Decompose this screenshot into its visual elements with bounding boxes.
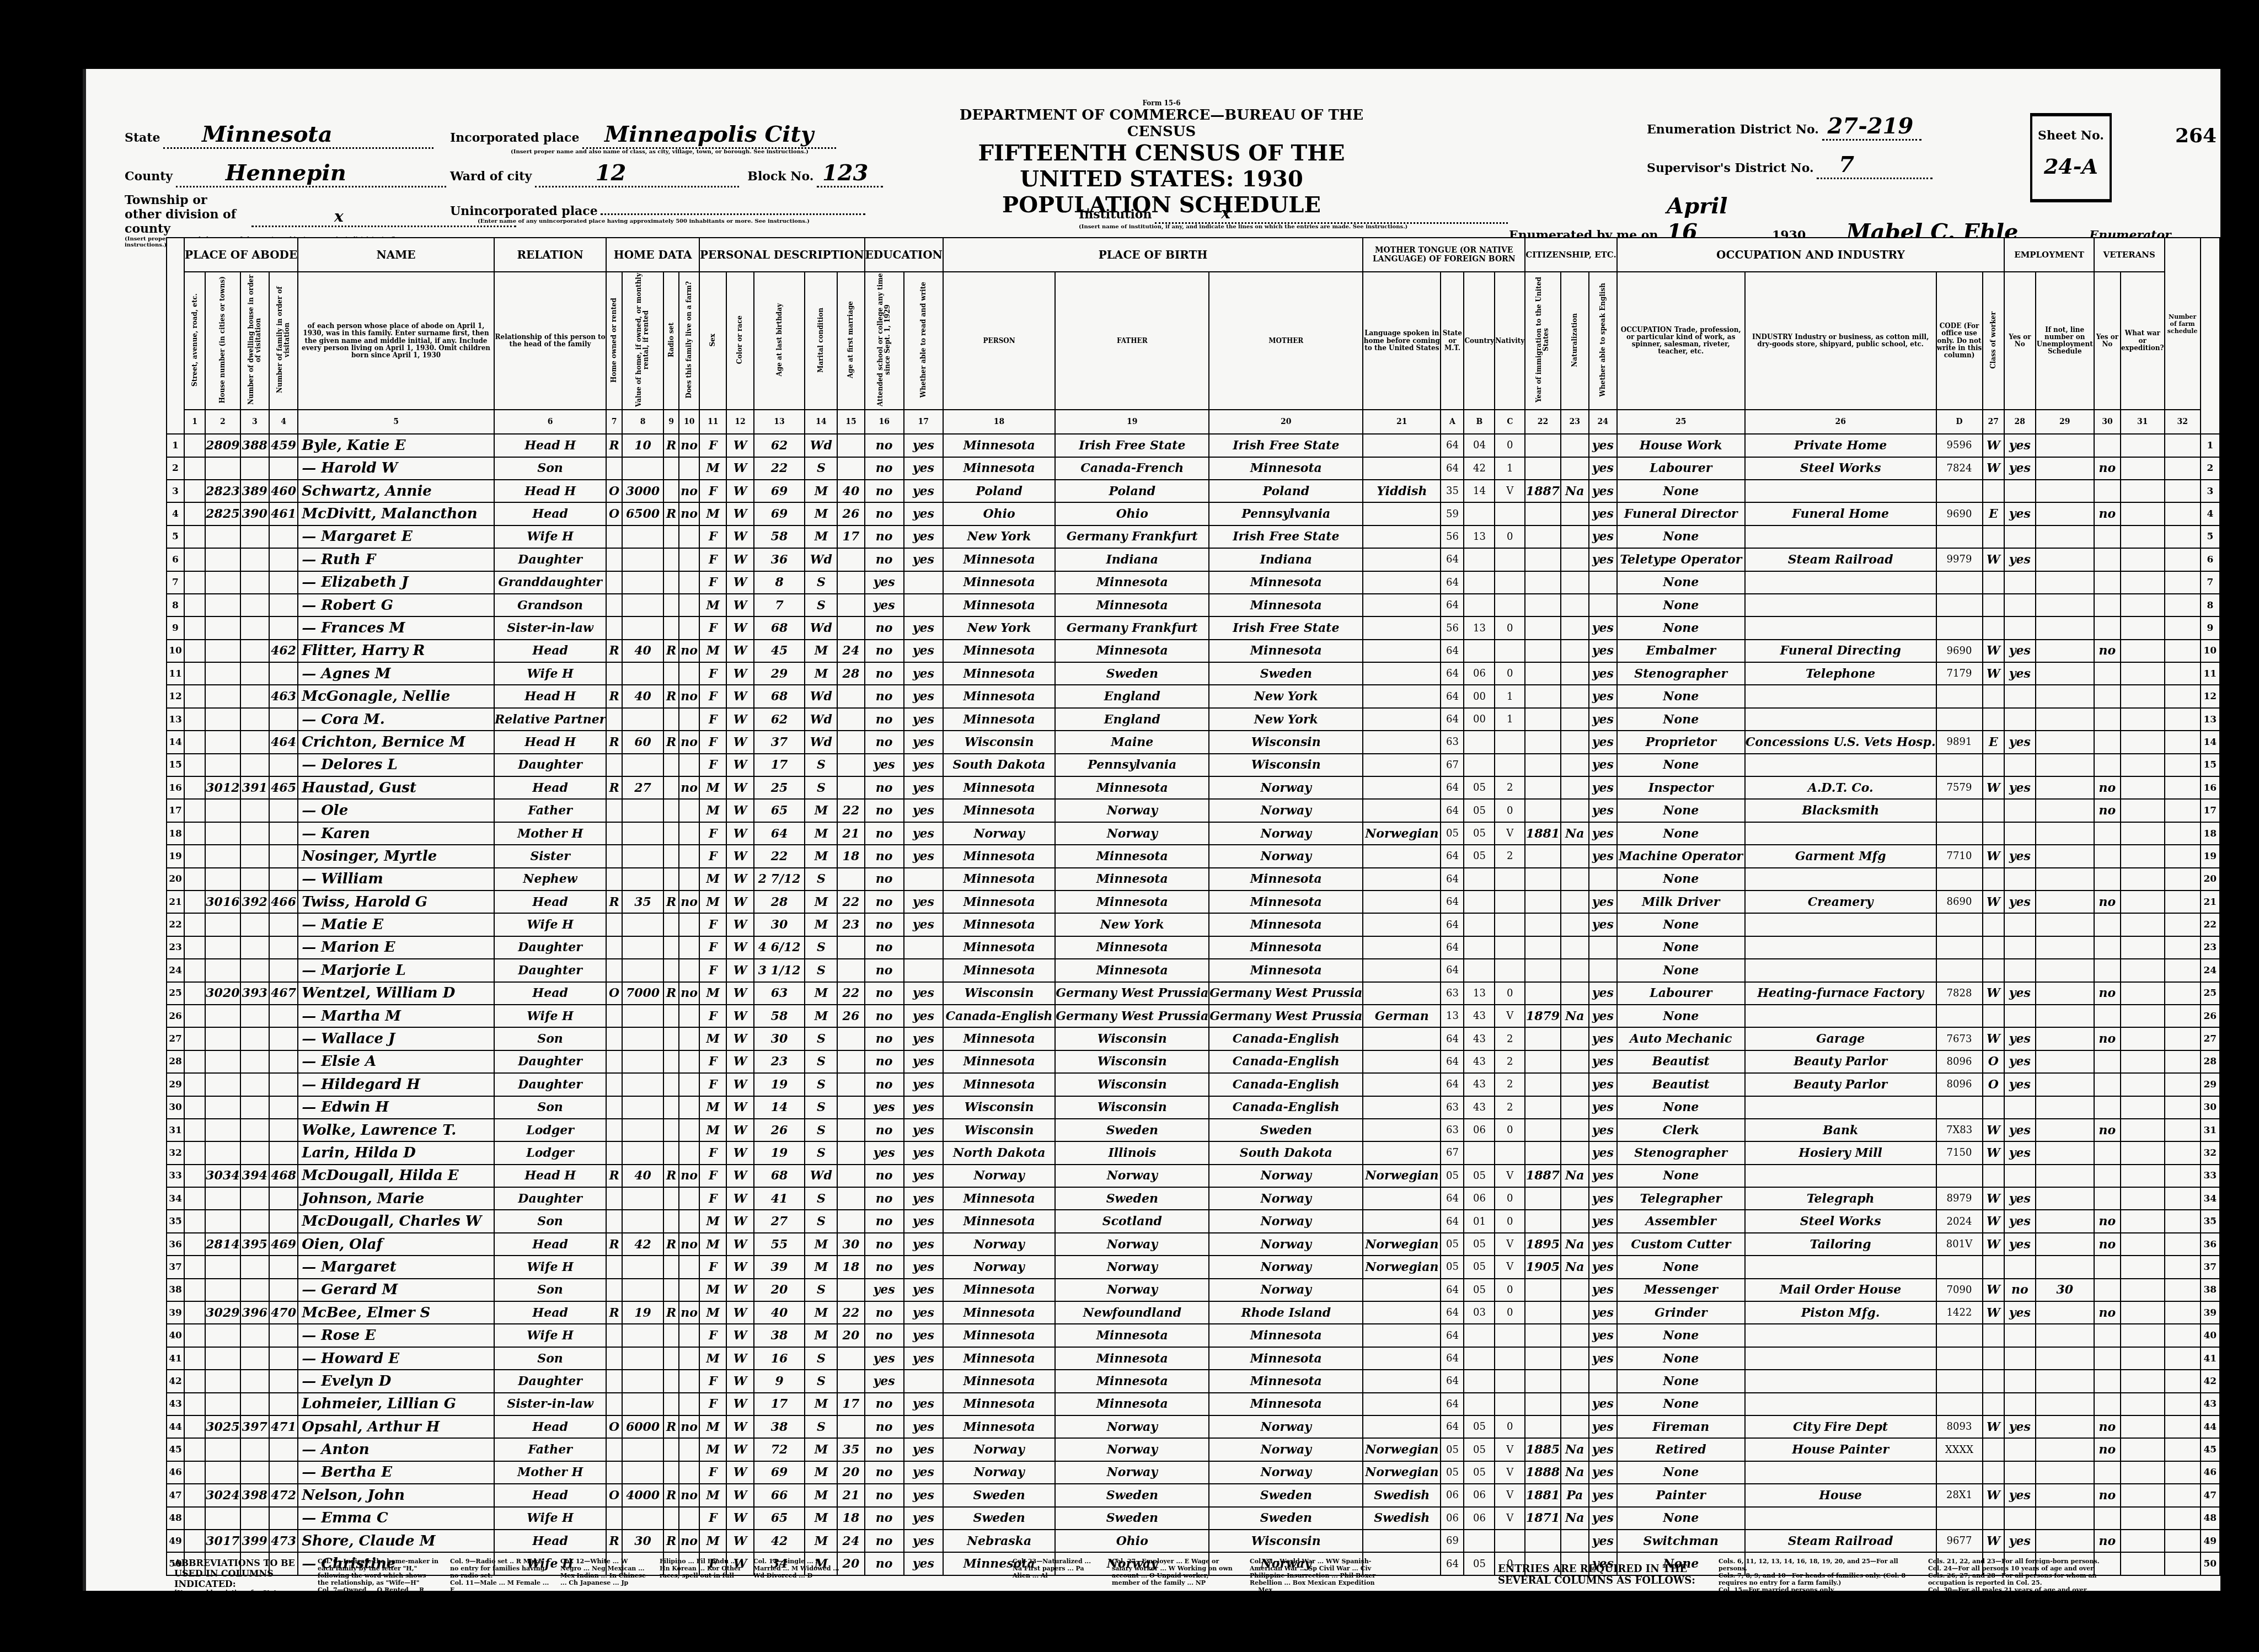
age-first-marriage — [837, 594, 864, 616]
line-number-right: 13 — [2201, 708, 2220, 731]
column-header-16: Attended school or college any time sinc… — [865, 272, 904, 410]
immigration-year — [1525, 868, 1561, 891]
house-number — [205, 1461, 240, 1484]
line-number: 16 — [167, 776, 184, 799]
street-cell — [184, 525, 205, 548]
entries-list-1: Cols. 6, 11, 12, 13, 14, 16, 18, 19, 20,… — [1719, 1558, 1917, 1601]
line-number: 10 — [167, 640, 184, 662]
table-row: 30— Edwin HSonMW14SyesyesWisconsinWiscon… — [167, 1096, 2220, 1119]
farm-schedule-cell — [2165, 1119, 2201, 1141]
home-tenure: R — [606, 640, 622, 662]
age: 69 — [754, 1461, 805, 1484]
at-work — [2004, 913, 2035, 936]
house-number — [205, 1141, 240, 1164]
age: 36 — [754, 548, 805, 571]
radio-set — [663, 1027, 679, 1050]
abbrev-col12: Col. 12—White ... W Negro ... Neg Mexica… — [560, 1558, 649, 1586]
line-number: 13 — [167, 708, 184, 731]
school-attendance: yes — [865, 571, 904, 594]
person-name: — Elizabeth J — [298, 571, 494, 594]
worker-class: W — [1983, 776, 2005, 799]
birthplace: Minnesota — [943, 1050, 1055, 1073]
family-number — [269, 1096, 298, 1119]
column-number-4: 4 — [269, 410, 298, 434]
line-number: 23 — [167, 936, 184, 959]
house-number — [205, 571, 240, 594]
at-work — [2004, 936, 2035, 959]
mother-birthplace: Minnesota — [1209, 1370, 1363, 1392]
column-header-17: Whether able to read and write — [904, 272, 943, 410]
unemployment-line — [2036, 982, 2094, 1005]
family-number — [269, 1324, 298, 1347]
at-work — [2004, 708, 2035, 731]
race: W — [726, 1210, 753, 1232]
mother-birthplace: South Dakota — [1209, 1141, 1363, 1164]
code-a: 63 — [1441, 982, 1464, 1005]
family-number: 465 — [269, 776, 298, 799]
column-header-label: Sex — [709, 334, 716, 346]
at-work: yes — [2004, 434, 2035, 457]
unemployment-line — [2036, 1141, 2094, 1164]
veteran — [2094, 1347, 2121, 1370]
father-birthplace: Norway — [1055, 1233, 1209, 1256]
table-row: 10462Flitter, Harry RHeadR40RnoMW45M24no… — [167, 640, 2220, 662]
line-number: 48 — [167, 1507, 184, 1530]
farm — [679, 1141, 699, 1164]
home-value: 6000 — [622, 1415, 663, 1438]
age: 38 — [754, 1324, 805, 1347]
home-value — [622, 1324, 663, 1347]
age-first-marriage — [837, 731, 864, 753]
unemployment-line — [2036, 1256, 2094, 1278]
farm — [679, 708, 699, 731]
immigration-year — [1525, 982, 1561, 1005]
age-first-marriage: 30 — [837, 1233, 864, 1256]
code-a: 64 — [1441, 1301, 1464, 1324]
speaks-english: yes — [1589, 1530, 1617, 1552]
industry: City Fire Dept — [1745, 1415, 1936, 1438]
farm-schedule-cell — [2165, 480, 2201, 502]
radio-set — [663, 1256, 679, 1278]
home-value — [622, 457, 663, 480]
occupation: None — [1617, 1256, 1745, 1278]
home-tenure — [606, 1027, 622, 1050]
speaks-english: yes — [1589, 1187, 1617, 1210]
code-b — [1464, 1530, 1495, 1552]
naturalization — [1561, 982, 1589, 1005]
age-first-marriage: 24 — [837, 1530, 864, 1552]
home-tenure: O — [606, 1484, 622, 1506]
family-number — [269, 936, 298, 959]
sex: M — [699, 776, 726, 799]
family-number — [269, 1461, 298, 1484]
dwelling-number — [240, 799, 269, 822]
occupation-code: 9891 — [1936, 731, 1983, 753]
county-value: Hennepin — [176, 160, 446, 187]
naturalization — [1561, 525, 1589, 548]
speaks-english: yes — [1589, 1461, 1617, 1484]
line-number: 45 — [167, 1438, 184, 1461]
farm — [679, 1438, 699, 1461]
code-c: 0 — [1495, 1279, 1525, 1301]
table-row: 213016392466Twiss, Harold GHeadR35RnoMW2… — [167, 891, 2220, 913]
mother-birthplace: Minnesota — [1209, 1347, 1363, 1370]
industry: Steel Works — [1745, 1210, 1936, 1232]
immigration-year — [1525, 754, 1561, 776]
relation: Wife H — [494, 525, 606, 548]
line-number: 42 — [167, 1370, 184, 1392]
code-c: 0 — [1495, 525, 1525, 548]
birthplace: Wisconsin — [943, 1096, 1055, 1119]
school-attendance: no — [865, 799, 904, 822]
farm — [679, 822, 699, 845]
occupation-code — [1936, 1096, 1983, 1119]
school-attendance: no — [865, 1530, 904, 1552]
line-number: 49 — [167, 1530, 184, 1552]
radio-set: R — [663, 1484, 679, 1506]
street-cell — [184, 708, 205, 731]
family-number — [269, 1027, 298, 1050]
age-first-marriage: 22 — [837, 982, 864, 1005]
code-a: 64 — [1441, 640, 1464, 662]
street-cell — [184, 1507, 205, 1530]
naturalization: Na — [1561, 1438, 1589, 1461]
code-a: 64 — [1441, 571, 1464, 594]
radio-set — [663, 822, 679, 845]
sex: M — [699, 1096, 726, 1119]
family-number: 468 — [269, 1165, 298, 1187]
home-value — [622, 913, 663, 936]
race: W — [726, 502, 753, 525]
occupation-code — [1936, 913, 1983, 936]
occupation: Stenographer — [1617, 1141, 1745, 1164]
mother-birthplace: Sweden — [1209, 1507, 1363, 1530]
table-row: 7— Elizabeth JGranddaughterFW8SyesMinnes… — [167, 571, 2220, 594]
family-number — [269, 754, 298, 776]
mother-birthplace: Irish Free State — [1209, 525, 1363, 548]
unemployment-line — [2036, 1370, 2094, 1392]
birthplace: Minnesota — [943, 640, 1055, 662]
relation-group: RELATION — [494, 238, 606, 272]
line-number-right: 28 — [2201, 1050, 2220, 1073]
at-work — [2004, 1165, 2035, 1187]
at-work — [2004, 799, 2035, 822]
line-number-right: 34 — [2201, 1187, 2220, 1210]
unemployment-line — [2036, 1347, 2094, 1370]
race: W — [726, 1141, 753, 1164]
industry — [1745, 936, 1936, 959]
farm: no — [679, 1301, 699, 1324]
abbrev-col9-text: Col. 9—Radio set .. R Make no entry for … — [450, 1558, 549, 1579]
mother-birthplace: Norway — [1209, 1233, 1363, 1256]
mother-tongue — [1363, 525, 1441, 548]
entries-1: Cols. 6, 11, 12, 13, 14, 16, 18, 19, 20,… — [1719, 1558, 1917, 1572]
street-cell — [184, 1393, 205, 1415]
marital-status: S — [805, 1096, 837, 1119]
line-number-right: 44 — [2201, 1415, 2220, 1438]
column-header-label: Class of worker — [1990, 312, 1997, 369]
farm: no — [679, 502, 699, 525]
farm-schedule-cell — [2165, 708, 2201, 731]
mother-tongue — [1363, 1141, 1441, 1164]
line-number-right: 33 — [2201, 1165, 2220, 1187]
at-work — [2004, 1256, 2035, 1278]
name-group: NAME — [298, 238, 494, 272]
family-number — [269, 822, 298, 845]
line-number-right: 41 — [2201, 1347, 2220, 1370]
age: 65 — [754, 1507, 805, 1530]
marital-status: S — [805, 594, 837, 616]
speaks-english: yes — [1589, 799, 1617, 822]
school-attendance: no — [865, 548, 904, 571]
veteran — [2094, 1073, 2121, 1096]
person-name: Johnson, Marie — [298, 1187, 494, 1210]
column-header-21: Language spoken in home before coming to… — [1363, 272, 1441, 410]
war — [2121, 1415, 2165, 1438]
street-cell — [184, 1415, 205, 1438]
farm-schedule-cell — [2165, 1210, 2201, 1232]
marital-status: Wd — [805, 1165, 837, 1187]
table-row: 40— Rose EWife HFW38M20noyesMinnesotaMin… — [167, 1324, 2220, 1347]
naturalization — [1561, 1530, 1589, 1552]
dwelling-number — [240, 1507, 269, 1530]
farm-schedule-cell — [2165, 1507, 2201, 1530]
mother-birthplace: Minnesota — [1209, 1324, 1363, 1347]
immigration-year — [1525, 891, 1561, 913]
home-tenure — [606, 548, 622, 571]
line-number-right: 22 — [2201, 913, 2220, 936]
war — [2121, 731, 2165, 753]
speaks-english — [1589, 959, 1617, 981]
mother-birthplace: Canada-English — [1209, 1050, 1363, 1073]
birthplace: Minnesota — [943, 891, 1055, 913]
line-number: 7 — [167, 571, 184, 594]
code-c — [1495, 640, 1525, 662]
war — [2121, 525, 2165, 548]
naturalization — [1561, 936, 1589, 959]
immigration-year — [1525, 502, 1561, 525]
relation: Wife H — [494, 662, 606, 685]
naturalization: Na — [1561, 1461, 1589, 1484]
father-birthplace: Norway — [1055, 822, 1209, 845]
age-first-marriage: 24 — [837, 640, 864, 662]
line-number-right: 24 — [2201, 959, 2220, 981]
race: W — [726, 1050, 753, 1073]
street-cell — [184, 868, 205, 891]
home-value: 60 — [622, 731, 663, 753]
at-work — [2004, 1461, 2035, 1484]
relation: Sister-in-law — [494, 616, 606, 639]
code-b — [1464, 868, 1495, 891]
dwelling-number — [240, 640, 269, 662]
father-birthplace: Norway — [1055, 1438, 1209, 1461]
column-number-D: D — [1936, 410, 1983, 434]
age: 39 — [754, 1256, 805, 1278]
code-b: 43 — [1464, 1050, 1495, 1073]
age: 20 — [754, 1279, 805, 1301]
naturalization — [1561, 731, 1589, 753]
dwelling-number — [240, 1438, 269, 1461]
table-row: 29— Hildegard HDaughterFW19SnoyesMinneso… — [167, 1073, 2220, 1096]
naturalization — [1561, 1050, 1589, 1073]
line-number-right: 31 — [2201, 1119, 2220, 1141]
industry — [1745, 1096, 1936, 1119]
sex: F — [699, 662, 726, 685]
war — [2121, 799, 2165, 822]
literacy: yes — [904, 1096, 943, 1119]
occupation-code: 9690 — [1936, 502, 1983, 525]
birthplace: Minnesota — [943, 594, 1055, 616]
house-number: 2814 — [205, 1233, 240, 1256]
occupation: Stenographer — [1617, 662, 1745, 685]
line-number: 38 — [167, 1279, 184, 1301]
code-b: 13 — [1464, 525, 1495, 548]
mother-tongue — [1363, 1050, 1441, 1073]
code-a: 05 — [1441, 1256, 1464, 1278]
father-birthplace: Germany Frankfurt — [1055, 525, 1209, 548]
race: W — [726, 616, 753, 639]
column-number-11: 11 — [699, 410, 726, 434]
sex: M — [699, 868, 726, 891]
dwelling-number — [240, 822, 269, 845]
naturalization — [1561, 1301, 1589, 1324]
house-number — [205, 1073, 240, 1096]
person-name: Larin, Hilda D — [298, 1141, 494, 1164]
marital-status: S — [805, 959, 837, 981]
occupation-code: 9596 — [1936, 434, 1983, 457]
mother-birthplace: Norway — [1209, 1415, 1363, 1438]
code-a: 64 — [1441, 1050, 1464, 1073]
abbrev-title-block: ABBREVIATIONS TO BE USED IN COLUMNS INDI… — [174, 1558, 307, 1611]
war — [2121, 1050, 2165, 1073]
birthplace: Minnesota — [943, 1415, 1055, 1438]
naturalization — [1561, 1210, 1589, 1232]
naturalization: Na — [1561, 1256, 1589, 1278]
street-cell — [184, 1165, 205, 1187]
house-number — [205, 685, 240, 707]
marital-status: M — [805, 640, 837, 662]
speaks-english: yes — [1589, 548, 1617, 571]
relation: Daughter — [494, 959, 606, 981]
dwelling-number — [240, 1141, 269, 1164]
industry — [1745, 594, 1936, 616]
marital-status: S — [805, 1073, 837, 1096]
relation: Head — [494, 776, 606, 799]
entries-6: Col. 24—For all persons 10 years of age … — [1928, 1565, 2127, 1572]
war — [2121, 1324, 2165, 1347]
industry — [1745, 1005, 1936, 1027]
war — [2121, 1484, 2165, 1506]
unemployment-line — [2036, 594, 2094, 616]
code-c: 0 — [1495, 1415, 1525, 1438]
column-header-label: Age at last birthday — [776, 303, 783, 377]
home-tenure — [606, 1050, 622, 1073]
column-number-19: 19 — [1055, 410, 1209, 434]
at-work: yes — [2004, 845, 2035, 867]
immigration-year: 1881 — [1525, 822, 1561, 845]
occupation: None — [1617, 616, 1745, 639]
home-value — [622, 1187, 663, 1210]
line-number-right: 29 — [2201, 1073, 2220, 1096]
speaks-english: yes — [1589, 754, 1617, 776]
race: W — [726, 731, 753, 753]
incorporated-place-label: Incorporated place — [450, 131, 579, 145]
radio-set: R — [663, 1301, 679, 1324]
dwelling-number: 399 — [240, 1530, 269, 1552]
farm — [679, 1347, 699, 1370]
dwelling-number — [240, 1347, 269, 1370]
table-row: 5— Margaret EWife HFW58M17noyesNew YorkG… — [167, 525, 2220, 548]
radio-set — [663, 1096, 679, 1119]
street-cell — [184, 1530, 205, 1552]
age-first-marriage — [837, 1073, 864, 1096]
radio-set — [663, 1005, 679, 1027]
mother-birthplace: Minnesota — [1209, 457, 1363, 480]
farm — [679, 1096, 699, 1119]
veteran: no — [2094, 1530, 2121, 1552]
race: W — [726, 1461, 753, 1484]
street-cell — [184, 754, 205, 776]
code-b: 06 — [1464, 1507, 1495, 1530]
street-cell — [184, 457, 205, 480]
abbrev-col14: Col. 14—Single ... S Married ... M Widow… — [753, 1558, 842, 1579]
code-b: 13 — [1464, 982, 1495, 1005]
literacy: yes — [904, 1027, 943, 1050]
code-a: 64 — [1441, 1370, 1464, 1392]
home-value — [622, 1438, 663, 1461]
home-value — [622, 1507, 663, 1530]
code-c: 0 — [1495, 1301, 1525, 1324]
marital-status: M — [805, 1233, 837, 1256]
relation: Head — [494, 1233, 606, 1256]
industry: Bank — [1745, 1119, 1936, 1141]
mother-tongue: Swedish — [1363, 1484, 1441, 1506]
industry: Heating-furnace Factory — [1745, 982, 1936, 1005]
industry: Telegraph — [1745, 1187, 1936, 1210]
industry — [1745, 1256, 1936, 1278]
veteran: no — [2094, 457, 2121, 480]
speaks-english: yes — [1589, 822, 1617, 845]
school-attendance: no — [865, 1256, 904, 1278]
dwelling-number — [240, 1073, 269, 1096]
person-name: Wolke, Lawrence T. — [298, 1119, 494, 1141]
code-a: 64 — [1441, 1393, 1464, 1415]
code-c: 2 — [1495, 845, 1525, 867]
column-number-18: 18 — [943, 410, 1055, 434]
war — [2121, 1165, 2165, 1187]
home-tenure: O — [606, 982, 622, 1005]
unemployment-line — [2036, 1050, 2094, 1073]
relation: Daughter — [494, 1187, 606, 1210]
dwelling-number — [240, 868, 269, 891]
father-birthplace: Norway — [1055, 1256, 1209, 1278]
farm-schedule-cell — [2165, 640, 2201, 662]
home-value: 35 — [622, 891, 663, 913]
mother-tongue — [1363, 1279, 1441, 1301]
worker-class — [1983, 708, 2005, 731]
code-a: 64 — [1441, 913, 1464, 936]
race: W — [726, 754, 753, 776]
table-row: 443025397471Opsahl, Arthur HHeadO6000Rno… — [167, 1415, 2220, 1438]
farm — [679, 1187, 699, 1210]
code-a: 05 — [1441, 1461, 1464, 1484]
mother-tongue — [1363, 571, 1441, 594]
house-number — [205, 1119, 240, 1141]
birthplace: Minnesota — [943, 457, 1055, 480]
radio-set: R — [663, 502, 679, 525]
home-tenure — [606, 799, 622, 822]
column-header-10: Does this family live on a farm? — [679, 272, 699, 410]
